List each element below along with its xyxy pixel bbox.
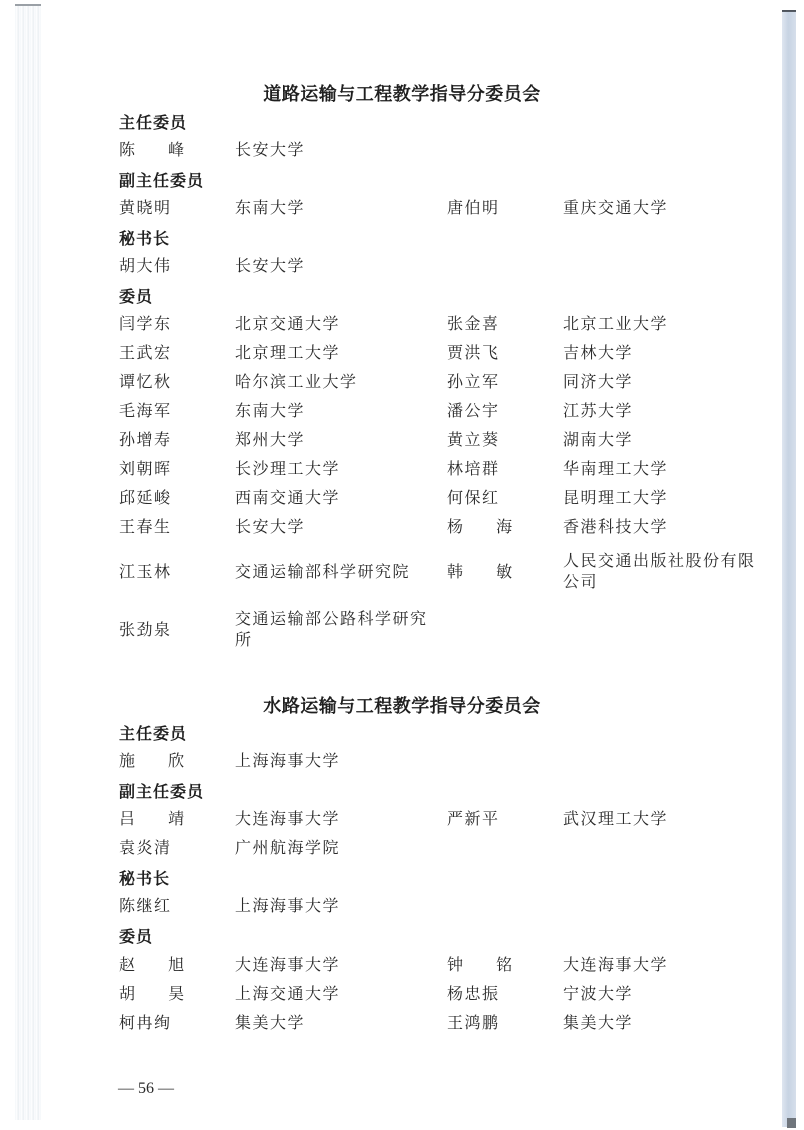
member-name: 林培群 (447, 458, 500, 479)
member-org: 郑州大学 (235, 429, 435, 450)
member-name: 毛海军 (119, 400, 172, 421)
member-org: 江苏大学 (563, 400, 763, 421)
member-name: 严新平 (447, 808, 500, 829)
member-org: 人民交通出版社股份有限公司 (563, 550, 763, 592)
member-org: 大连海事大学 (235, 808, 435, 829)
member-org: 重庆交通大学 (563, 197, 763, 218)
member-name: 黄立葵 (447, 429, 500, 450)
role-heading-deputy: 副主任委员 (119, 779, 204, 802)
member-name: 潘公宇 (447, 400, 500, 421)
member-org: 长安大学 (235, 255, 435, 276)
page-number: — 56 — (118, 1080, 174, 1098)
member-org: 交通运输部公路科学研究所 (235, 608, 435, 650)
member-name: 胡大伟 (119, 255, 172, 276)
member-name: 江玉林 (119, 561, 172, 582)
member-name: 赵 旭 (119, 954, 198, 975)
member-org: 交通运输部科学研究院 (235, 561, 450, 582)
member-org: 北京工业大学 (563, 313, 763, 334)
member-org: 宁波大学 (563, 983, 763, 1004)
member-org: 北京交通大学 (235, 313, 435, 334)
member-name: 钟 铭 (447, 954, 526, 975)
section-title: 水路运输与工程教学指导分委员会 (0, 692, 804, 718)
member-org: 吉林大学 (563, 342, 763, 363)
member-org: 广州航海学院 (235, 837, 435, 858)
member-name: 邱延峻 (119, 487, 172, 508)
member-org: 哈尔滨工业大学 (235, 371, 435, 392)
member-name: 王鸿鹏 (447, 1012, 500, 1033)
member-org: 东南大学 (235, 400, 435, 421)
member-name: 张劲泉 (119, 619, 172, 640)
member-name: 孙立军 (447, 371, 500, 392)
member-name: 杨忠振 (447, 983, 500, 1004)
member-name: 杨 海 (447, 516, 526, 537)
member-org: 上海海事大学 (235, 750, 435, 771)
member-org: 同济大学 (563, 371, 763, 392)
member-org: 集美大学 (235, 1012, 435, 1033)
member-org: 香港科技大学 (563, 516, 763, 537)
member-name: 韩 敏 (447, 561, 526, 582)
member-name: 刘朝晖 (119, 458, 172, 479)
member-name: 袁炎清 (119, 837, 172, 858)
member-org: 长沙理工大学 (235, 458, 435, 479)
member-org: 北京理工大学 (235, 342, 435, 363)
section-title: 道路运输与工程教学指导分委员会 (0, 80, 804, 106)
member-org: 东南大学 (235, 197, 435, 218)
role-heading-director: 主任委员 (119, 721, 187, 744)
member-org: 上海交通大学 (235, 983, 435, 1004)
member-org: 昆明理工大学 (563, 487, 763, 508)
member-org: 集美大学 (563, 1012, 763, 1033)
member-name: 施 欣 (119, 750, 198, 771)
member-name: 陈 峰 (119, 139, 198, 160)
member-name: 孙增寿 (119, 429, 172, 450)
member-org: 长安大学 (235, 516, 435, 537)
member-name: 张金喜 (447, 313, 500, 334)
member-name: 王武宏 (119, 342, 172, 363)
member-name: 贾洪飞 (447, 342, 500, 363)
member-name: 王春生 (119, 516, 172, 537)
book-page-stack-edge (15, 4, 41, 1120)
member-name: 胡 昊 (119, 983, 198, 1004)
role-heading-secretary: 秘书长 (119, 226, 170, 249)
member-org: 上海海事大学 (235, 895, 435, 916)
role-heading-director: 主任委员 (119, 110, 187, 133)
member-org: 大连海事大学 (563, 954, 763, 975)
book-binding-shadow-bottom (787, 1118, 796, 1128)
role-heading-deputy: 副主任委员 (119, 168, 204, 191)
member-org: 西南交通大学 (235, 487, 435, 508)
member-name: 黄晓明 (119, 197, 172, 218)
member-org: 长安大学 (235, 139, 435, 160)
member-org: 华南理工大学 (563, 458, 763, 479)
member-org: 大连海事大学 (235, 954, 435, 975)
role-heading-members: 委员 (119, 284, 153, 307)
member-name: 吕 靖 (119, 808, 198, 829)
member-name: 唐伯明 (447, 197, 500, 218)
member-org: 武汉理工大学 (563, 808, 763, 829)
role-heading-members: 委员 (119, 924, 153, 947)
member-name: 闫学东 (119, 313, 172, 334)
member-org: 湖南大学 (563, 429, 763, 450)
member-name: 何保红 (447, 487, 500, 508)
member-name: 谭忆秋 (119, 371, 172, 392)
role-heading-secretary: 秘书长 (119, 866, 170, 889)
member-name: 柯冉绚 (119, 1012, 172, 1033)
book-binding-edge (782, 12, 796, 1127)
member-name: 陈继红 (119, 895, 172, 916)
